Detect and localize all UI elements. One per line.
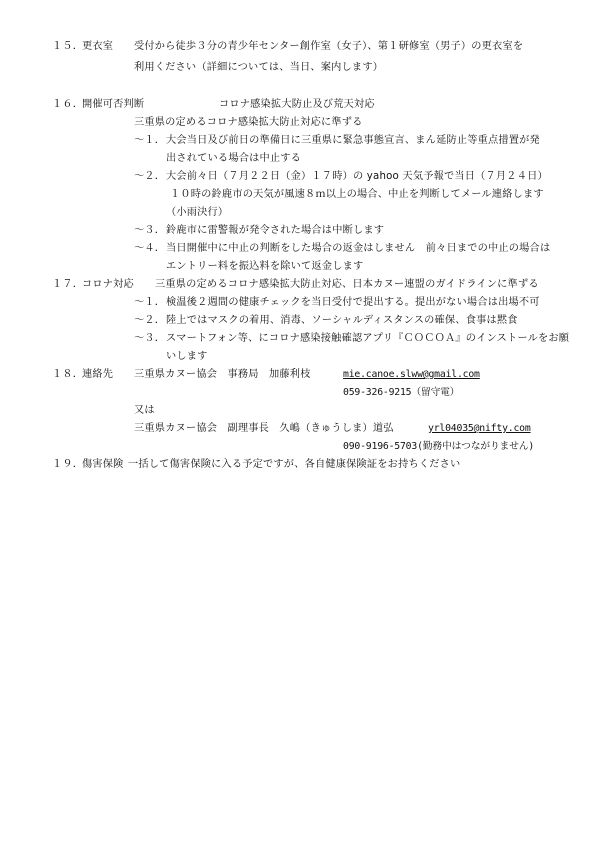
section-16-item-3-text: 鈴鹿市に雷警報が発令された場合は中断します: [166, 225, 384, 237]
section-16-item-4-mark: ～４．: [134, 243, 165, 255]
section-15-text-line1: 受付から徒歩３分の青少年センター創作室（女子）、第１研修室（男子）の更衣室を: [134, 41, 523, 53]
section-16-item-4-cont: エントリー料を振込料を除いて返金します: [166, 261, 363, 273]
section-16-number: １６．: [52, 99, 83, 111]
section-16-intro: 三重県の定めるコロナ感染拡大防止対応に準ずる: [134, 117, 363, 129]
section-17-item-2-text: 陸上ではマスクの着用、消毒、ソーシャルディスタンスの確保、食事は黙食: [166, 315, 518, 327]
contact-2-name: 三重県カヌー協会 副理事長 久嶋（きゅうしま）道弘: [134, 423, 394, 435]
section-19-number: １９．: [52, 459, 83, 471]
section-17-item-3-mark: ～３．: [134, 333, 165, 345]
section-19-title: 傷害保険: [82, 459, 124, 471]
contact-1-phone: 059-326-9215（留守電）: [343, 387, 459, 399]
contact-1-email-link[interactable]: mie.canoe.slww@gmail.com: [343, 369, 480, 381]
section-15-text-line2: 利用ください（詳細については、当日、案内します）: [134, 62, 383, 74]
section-19-text: 一括して傷害保険に入る予定ですが、各自健康保険証をお持ちください: [128, 459, 460, 471]
section-16-item-1-text: 大会当日及び前日の準備日に三重県に緊急事態宣言、まん延防止等重点措置が発: [166, 135, 540, 147]
section-17-item-1-mark: ～１．: [134, 297, 165, 309]
contact-or-label: 又は: [134, 405, 155, 417]
section-17-number: １７．: [52, 279, 83, 291]
section-16-item-1-mark: ～１．: [134, 135, 165, 147]
contact-2-email-link[interactable]: yrl04035@nifty.com: [428, 423, 531, 435]
section-17-item-3-cont: いします: [166, 351, 208, 363]
section-16-item-2-text: 大会前々日（７月２２日（金）１７時）の yahoo 天気予報で当日（７月２４日）: [166, 171, 548, 183]
section-16-item-2-cont2: （小雨決行）: [166, 207, 228, 219]
section-17-item-2-mark: ～２．: [134, 315, 165, 327]
section-18-number: １８．: [52, 369, 83, 381]
section-15-title: 更衣室: [82, 41, 113, 53]
section-16-item-4-text: 当日開催中に中止の判断をした場合の返金はしません 前々日までの中止の場合は: [166, 243, 550, 255]
section-16-item-1-cont: 出されている場合は中止する: [166, 153, 301, 165]
section-16-item-2-mark: ～２．: [134, 171, 165, 183]
contact-1-name: 三重県カヌー協会 事務局 加藤利枝: [134, 369, 311, 381]
section-16-item-3-mark: ～３．: [134, 225, 165, 237]
section-17-item-3-text: スマートフォン等、にコロナ感染接触確認アプリ『ＣＯＣＯＡ』のインストールをお願: [166, 333, 569, 345]
section-16-title: 開催可否判断: [82, 99, 144, 111]
section-16-item-2-cont: １０時の鈴鹿市の天気が風速８ｍ以上の場合、中止を判断してメール連絡します: [170, 189, 544, 201]
contact-2-phone: 090-9196-5703(勤務中はつながりません): [343, 441, 534, 453]
section-18-title: 連絡先: [82, 369, 113, 381]
section-17-item-1-text: 検温後２週間の健康チェックを当日受付で提出する。提出がない場合は出場不可: [166, 297, 540, 309]
section-15-number: １５．: [52, 41, 83, 53]
section-17-title: コロナ対応: [82, 279, 134, 291]
section-17-intro: 三重県の定めるコロナ感染拡大防止対応、日本カヌー連盟のガイドラインに準ずる: [155, 279, 539, 291]
section-16-heading: コロナ感染拡大防止及び荒天対応: [219, 99, 375, 111]
